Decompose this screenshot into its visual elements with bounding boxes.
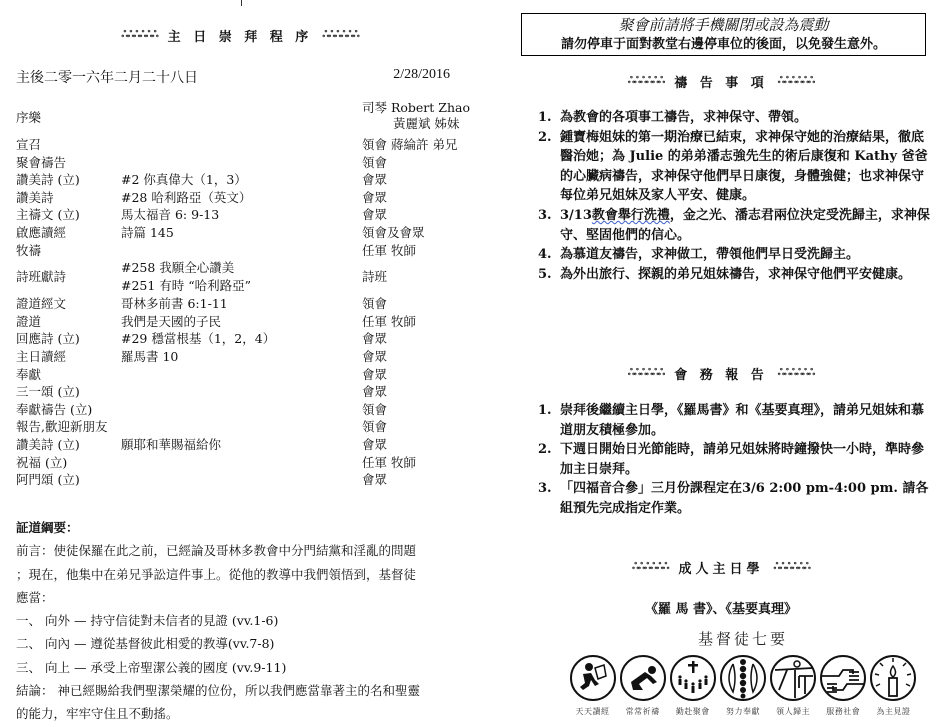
outline-intro: ；現在，他集中在弟兄爭訟這件事上。從他的教導中我們領悟到，基督徒	[16, 563, 476, 586]
program-row: 祝福 (立) 任軍 牧師	[16, 454, 471, 472]
announcement-item: 2.下週日開始日光節能時，請弟兄姐妹將時鐘撥快一小時，準時參加主日崇拜。	[538, 440, 936, 479]
program-row: 牧禱 任軍 牧師	[16, 242, 471, 260]
program-row: 序樂 司琴 Robert Zhao黃麗斌 姊妹	[16, 100, 471, 136]
essential-item: 勤赴聚會	[668, 654, 717, 717]
prayer-heading: ஃஃஃஃஃஃ禱 告 事 項ஃஃஃஃஃஃ	[500, 72, 942, 91]
program-row: 阿門頌 (立) 會眾	[16, 471, 471, 489]
date-chinese: 主後二零一六年二月二十八日	[16, 67, 198, 87]
ornament-icon: ஃஃஃஃஃஃ	[778, 76, 814, 87]
outline-conclusion: 的能力，牢牢守住且不動搖。	[16, 702, 476, 725]
prayer-item: 3.3/13教會舉行洗禮，金之光、潘志君兩位決定受洗歸主，求神保守、堅固他們的信…	[538, 206, 936, 245]
worship-program-page: ஃஃஃஃஃஃ主 日 崇 拜 程 序ஃஃஃஃஃஃ 主後二零一六年二月二十八日 2/…	[0, 0, 480, 727]
parking-notice: 請勿停車于面對教堂右邊停車位的後面，以免發生意外。	[522, 35, 925, 54]
prayer-item: 4.為慕道友禱告，求神做工，帶領他們早日受洗歸主。	[538, 245, 936, 265]
ornament-icon: ஃஃஃஃஃஃ	[628, 76, 664, 87]
program-row: 三一頌 (立) 會眾	[16, 383, 471, 401]
program-row: 宣召 領會 蔣綸許 弟兄	[16, 136, 471, 154]
ornament-icon: ஃஃஃஃஃஃ	[322, 30, 358, 41]
essential-item: 領人歸主	[769, 654, 818, 717]
program-row: 啟應讀經 詩篇 145 領會及會眾	[16, 224, 471, 242]
essential-item: 為主見證	[869, 654, 918, 717]
announcement-item: 3.「四福音合參」三月份課程定在3/6 2:00 pm-4:00 pm. 請各組…	[538, 479, 936, 518]
outline-point: 三、 向上 — 承受上帝聖潔公義的國度 (vv.9-11)	[16, 656, 476, 679]
prayer-list: 1.為教會的各項事工禱告，求神保守、帶領。 2.鍾寶梅姐妹的第一期治療已結束，求…	[538, 108, 936, 284]
program-row: 主禱文 (立) 馬太福音 6: 9-13 會眾	[16, 206, 471, 224]
sermon-outline: 証道綱要： 前言：使徒保羅在此之前，已經論及哥林多教會中分門結黨和淫亂的問題 ；…	[16, 516, 476, 726]
program-row: 讚美詩 #28 哈利路亞（英文） 會眾	[16, 189, 471, 207]
sermon-outline-heading: 証道綱要：	[16, 516, 476, 539]
program-row: 回應詩 (立) #29 穩當根基（1，2，4） 會眾	[16, 330, 471, 348]
sunday-school-heading: ஃஃஃஃஃஃ成人主日學ஃஃஃஃஃஃ	[500, 558, 942, 577]
program-row: 主日讀經 羅馬書 10 會眾	[16, 348, 471, 366]
announcement-item: 1.崇拜後繼續主日學，《羅馬書》和《基要真理》，請弟兄姐妹和慕道朋友積極參加。	[538, 401, 936, 440]
evangelism-icon	[769, 654, 817, 702]
seven-essentials: 基督徒七要 天天讀經 常常祈禱 勤赴聚會 努力奉獻 領人歸主	[568, 628, 918, 727]
praying-icon	[619, 654, 667, 702]
essential-item: 努力奉獻	[718, 654, 767, 717]
ornament-icon: ஃஃஃஃஃஃ	[778, 368, 814, 379]
prayer-item: 5.為外出旅行、探親的弟兄姐妹禱告，求神保守他們平安健康。	[538, 265, 936, 285]
date-numeric: 2/28/2016	[393, 67, 450, 83]
service-icon	[819, 654, 867, 702]
program-row: 詩班獻詩 #258 我願全心讚美#251 有時 “哈利路亞” 詩班	[16, 259, 471, 295]
notice-box: 聚會前請將手機關閉或設為震動 請勿停車于面對教堂右邊停車位的後面，以免發生意外。	[521, 13, 926, 56]
program-row: 讚美詩 (立) #2 你真偉大（1，3） 會眾	[16, 171, 471, 189]
sunday-school-courses: 《羅 馬 書》、《基要真理》	[500, 598, 942, 617]
ornament-icon: ஃஃஃஃஃஃ	[121, 30, 157, 41]
ornament-icon: ஃஃஃஃஃஃ	[774, 562, 810, 573]
prayer-item: 2.鍾寶梅姐妹的第一期治療已結束，求神保守她的治療結果，徹底醫治她；為 Juli…	[538, 128, 936, 206]
outline-point: 二、 向內 — 遵從基督彼此相愛的教導(vv.7-8)	[16, 632, 476, 655]
program-row: 證道經文 哥林多前書 6:1-11 領會	[16, 295, 471, 313]
outline-intro: 前言：使徒保羅在此之前，已經論及哥林多教會中分門結黨和淫亂的問題	[16, 539, 476, 562]
ornament-icon: ஃஃஃஃஃஃ	[632, 562, 668, 573]
program-row: 聚會禱告 領會	[16, 154, 471, 172]
offering-icon	[719, 654, 767, 702]
outline-conclusion: 結論： 神已經賜給我們聖潔榮耀的位份，所以我們應當靠著主的名和聖靈	[16, 679, 476, 702]
program-row: 奉獻禱告 (立) 領會	[16, 401, 471, 419]
gathering-icon	[669, 654, 717, 702]
announcements-page: 聚會前請將手機關閉或設為震動 請勿停車于面對教堂右邊停車位的後面，以免發生意外。…	[500, 0, 942, 727]
announcements-heading: ஃஃஃஃஃஃ會 務 報 告ஃஃஃஃஃஃ	[500, 364, 942, 383]
essential-item: 常常祈禱	[618, 654, 667, 717]
program-row: 奉獻 會眾	[16, 366, 471, 384]
ornament-icon: ஃஃஃஃஃஃ	[628, 368, 664, 379]
program-table: 序樂 司琴 Robert Zhao黃麗斌 姊妹 宣召 領會 蔣綸許 弟兄 聚會禱…	[16, 100, 471, 489]
prayer-item: 1.為教會的各項事工禱告，求神保守、帶領。	[538, 108, 936, 128]
phone-notice: 聚會前請將手機關閉或設為震動	[522, 15, 925, 35]
seven-essentials-title: 基督徒七要	[568, 628, 918, 650]
reading-bible-icon	[569, 654, 617, 702]
program-row: 讚美詩 (立) 願耶和華賜福給你 會眾	[16, 436, 471, 454]
worship-program-heading: ஃஃஃஃஃஃ主 日 崇 拜 程 序ஃஃஃஃஃஃ	[0, 26, 480, 45]
outline-point: 一、 向外 — 持守信徒對未信者的見證 (vv.1-6)	[16, 609, 476, 632]
outline-intro: 應當：	[16, 586, 476, 609]
essential-item: 天天讀經	[568, 654, 617, 717]
essential-item: 服務社會	[819, 654, 868, 717]
witness-candle-icon	[869, 654, 917, 702]
announcements-list: 1.崇拜後繼續主日學，《羅馬書》和《基要真理》，請弟兄姐妹和慕道朋友積極參加。 …	[538, 401, 936, 519]
fold-mark	[241, 0, 242, 6]
program-row: 證道 我們是天國的子民 任軍 牧師	[16, 313, 471, 331]
program-row: 報告,歡迎新朋友 領會	[16, 418, 471, 436]
